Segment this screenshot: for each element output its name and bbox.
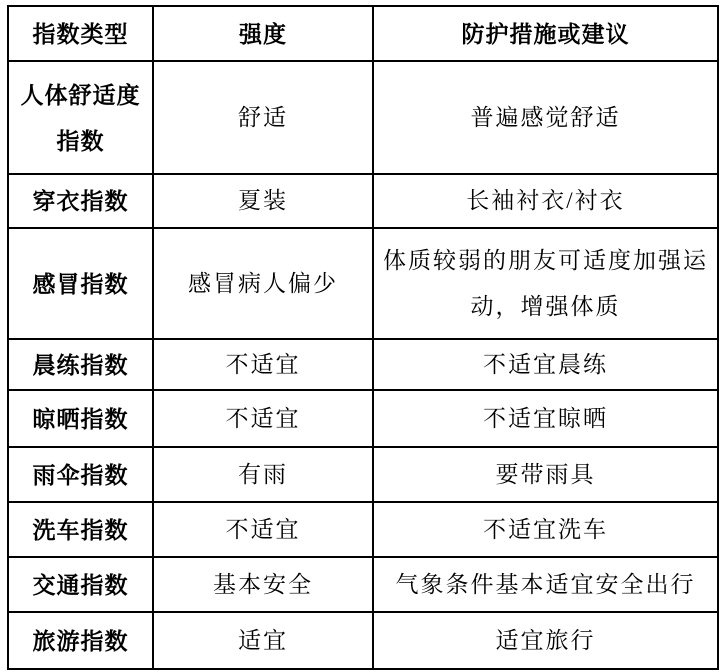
table-row-dressing-index: 穿衣指数 夏装 长袖衬衣/衬衣: [8, 174, 718, 228]
intensity-cell: 感冒病人偏少: [153, 228, 373, 339]
advice-cell: 不适宜晾晒: [373, 390, 718, 447]
document-page: 指数类型 强度 防护措施或建议 人体舒适度指数 舒适 普遍感觉舒适 穿衣指数 夏…: [0, 0, 724, 672]
advice-cell: 不适宜洗车: [373, 502, 718, 557]
intensity-cell: 有雨: [153, 447, 373, 502]
table-row-traffic-index: 交通指数 基本安全 气象条件基本适宜安全出行: [8, 557, 718, 612]
index-type-cell: 穿衣指数: [8, 174, 153, 228]
intensity-cell: 适宜: [153, 612, 373, 669]
index-type-cell: 晨练指数: [8, 339, 153, 390]
intensity-cell: 不适宜: [153, 339, 373, 390]
table-row-morning-exercise-index: 晨练指数 不适宜 不适宜晨练: [8, 339, 718, 390]
advice-cell: 长袖衬衣/衬衣: [373, 174, 718, 228]
index-type-cell: 感冒指数: [8, 228, 153, 339]
advice-cell: 不适宜晨练: [373, 339, 718, 390]
index-type-cell: 人体舒适度指数: [8, 61, 153, 174]
index-type-cell: 晾晒指数: [8, 390, 153, 447]
table-row-car-wash-index: 洗车指数 不适宜 不适宜洗车: [8, 502, 718, 557]
index-type-cell: 旅游指数: [8, 612, 153, 669]
table-row-travel-index: 旅游指数 适宜 适宜旅行: [8, 612, 718, 669]
advice-cell: 要带雨具: [373, 447, 718, 502]
weather-index-table: 指数类型 强度 防护措施或建议 人体舒适度指数 舒适 普遍感觉舒适 穿衣指数 夏…: [7, 5, 719, 670]
header-advice: 防护措施或建议: [373, 6, 718, 61]
table-row-drying-index: 晾晒指数 不适宜 不适宜晾晒: [8, 390, 718, 447]
advice-cell: 气象条件基本适宜安全出行: [373, 557, 718, 612]
intensity-cell: 舒适: [153, 61, 373, 174]
index-type-cell: 洗车指数: [8, 502, 153, 557]
advice-cell: 普遍感觉舒适: [373, 61, 718, 174]
index-type-cell: 雨伞指数: [8, 447, 153, 502]
table-row-comfort-index: 人体舒适度指数 舒适 普遍感觉舒适: [8, 61, 718, 174]
table-row-umbrella-index: 雨伞指数 有雨 要带雨具: [8, 447, 718, 502]
intensity-cell: 不适宜: [153, 390, 373, 447]
intensity-cell: 夏装: [153, 174, 373, 228]
intensity-cell: 不适宜: [153, 502, 373, 557]
advice-cell: 体质较弱的朋友可适度加强运动，增强体质: [373, 228, 718, 339]
header-index-type: 指数类型: [8, 6, 153, 61]
index-type-cell: 交通指数: [8, 557, 153, 612]
advice-cell: 适宜旅行: [373, 612, 718, 669]
intensity-cell: 基本安全: [153, 557, 373, 612]
table-header-row: 指数类型 强度 防护措施或建议: [8, 6, 718, 61]
header-intensity: 强度: [153, 6, 373, 61]
table-row-cold-index: 感冒指数 感冒病人偏少 体质较弱的朋友可适度加强运动，增强体质: [8, 228, 718, 339]
